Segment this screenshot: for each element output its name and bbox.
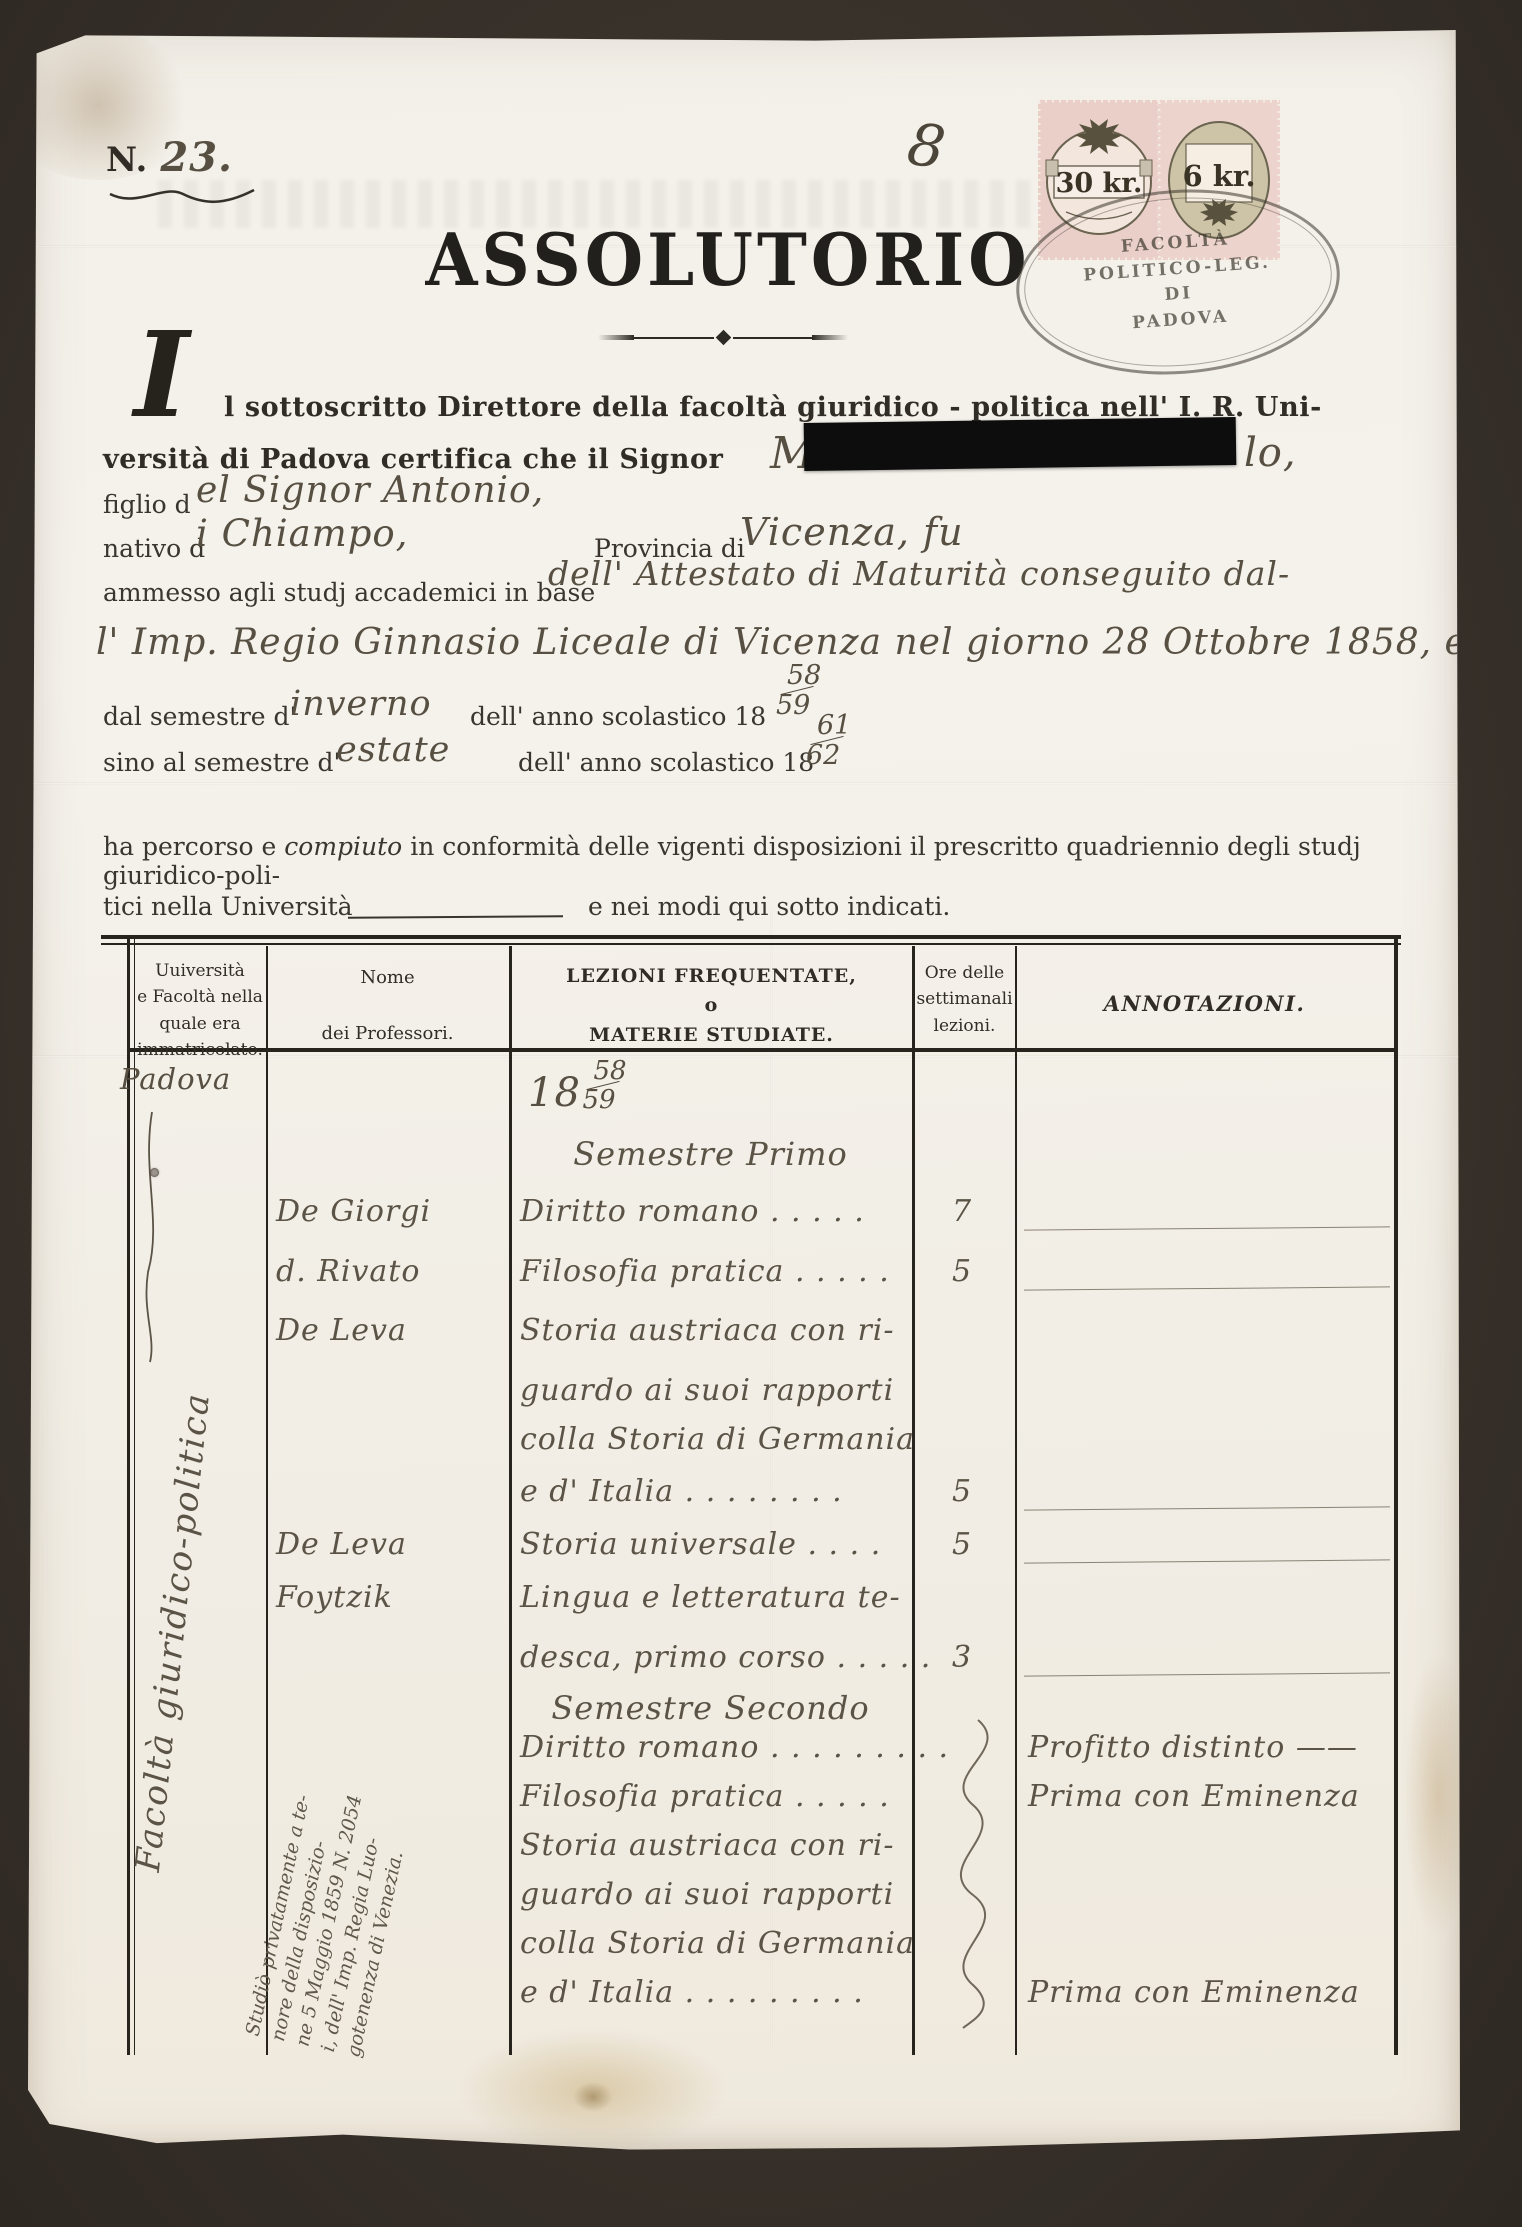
- hours-value: 3: [914, 1640, 1010, 1675]
- annotation-dash: [1024, 1286, 1390, 1290]
- stain: [573, 2082, 613, 2112]
- subject-entry: Filosofia pratica . . . . .: [520, 1254, 890, 1289]
- cancel-stamp-line: FACOLTÀ: [1120, 227, 1231, 260]
- subject-entry: Storia austriaca con ri-: [520, 1828, 895, 1863]
- semester-end-handwritten: estate: [336, 730, 450, 770]
- document-number-label: N.: [106, 140, 148, 180]
- subject-entry: colla Storia di Germania: [520, 1422, 915, 1457]
- percorso-italic-word: compiuto: [284, 832, 402, 861]
- ammesso-label: ammesso agli studj accademici in base: [103, 578, 595, 607]
- table-year-bottom: 59: [582, 1087, 616, 1113]
- table-header-hours: Ore delle settimanali lezioni.: [914, 960, 1015, 1039]
- year-start-top: 58: [787, 662, 821, 689]
- annotation-dash: [1024, 1559, 1390, 1563]
- document-paper: N. 23. 8 ASSOLUTORIO 30 kr. 6 kr. FACOL: [28, 30, 1460, 2158]
- table-top-border-inner: [101, 943, 1401, 945]
- professor-name: Foytzik: [276, 1580, 393, 1615]
- subject-entry: e d' Italia . . . . . . . .: [520, 1474, 843, 1509]
- page-title: ASSOLUTORIO: [328, 217, 1128, 302]
- subject-entry: Diritto romano . . . . .: [520, 1194, 865, 1229]
- subject-entry: Semestre Primo: [509, 1135, 912, 1173]
- flourish-under-university: [140, 1112, 164, 1362]
- semester-start-handwritten: inverno: [290, 684, 432, 724]
- pen-mark: 8: [903, 110, 950, 183]
- table-right-border: [1394, 935, 1398, 2055]
- document-number-value: 23.: [160, 134, 233, 181]
- subject-entry: desca, primo corso . . . . .: [520, 1640, 931, 1675]
- subject-entry: guardo ai suoi rapporti: [520, 1373, 894, 1408]
- subject-entry: Lingua e letteratura te-: [520, 1580, 901, 1615]
- stain: [1403, 1650, 1473, 1940]
- subject-entry: Semestre Secondo: [509, 1689, 912, 1727]
- subject-entry: guardo ai suoi rapporti: [520, 1877, 894, 1912]
- year-end-top: 61: [817, 712, 851, 739]
- subject-entry: Filosofia pratica . . . . .: [520, 1779, 890, 1814]
- percorso-pre: ha percorso e: [103, 832, 284, 861]
- stamp-value-left: 30 kr.: [1056, 168, 1143, 199]
- professor-name: d. Rivato: [276, 1254, 420, 1289]
- table-header-lessons: LEZIONI FREQUENTATE, o MATERIE STUDIATE.: [511, 962, 912, 1050]
- table-column-divider-2: [509, 946, 512, 2055]
- blank-rule: [348, 915, 563, 919]
- year-fraction-end: 61 62: [810, 712, 844, 769]
- professor-name: De Leva: [276, 1313, 407, 1348]
- annotation-entry: Profitto distinto ——: [1028, 1730, 1358, 1765]
- dal-anno-label: dell' anno scolastico 18: [470, 702, 766, 731]
- table-top-border: [101, 935, 1401, 939]
- document-number: N. 23.: [106, 134, 233, 181]
- birthplace-handwritten: i Chiampo,: [196, 512, 408, 555]
- province-handwritten: Vicenza, fu: [740, 510, 964, 554]
- stamp-value-right: 6 kr.: [1182, 159, 1255, 193]
- subject-entry: Diritto romano . . . . . . . . .: [520, 1730, 949, 1765]
- admission-basis-handwritten: dell' Attestato di Maturità conseguito d…: [548, 554, 1290, 593]
- year-prefix-handwritten: 18: [528, 1070, 581, 1116]
- annotation-dash: [1024, 1506, 1390, 1510]
- table-header-annotations: ANNOTAZIONI.: [1015, 988, 1394, 1021]
- annotation-dash: [1024, 1672, 1390, 1676]
- year-start-bottom: 59: [776, 692, 810, 719]
- professor-name: De Leva: [276, 1527, 407, 1562]
- year-end-bottom: 62: [806, 742, 840, 769]
- table-column-divider-1: [266, 946, 268, 2055]
- redaction-bar: [804, 417, 1237, 471]
- table-column-divider-4: [1015, 946, 1017, 2055]
- flourish-under-number: [108, 182, 258, 208]
- nativo-label: nativo d: [103, 534, 205, 563]
- annotation-entry: Prima con Eminenza: [1028, 1779, 1360, 1814]
- cancel-stamp-line: PADOVA: [1131, 304, 1230, 336]
- professor-name: De Giorgi: [276, 1194, 431, 1229]
- photo-of-document: { "header": { "doc_number_label": "N.", …: [0, 0, 1522, 2227]
- ornamental-initial: I: [134, 322, 190, 428]
- table-header-university: Uuiversità e Facoltà nella quale era imm…: [134, 958, 266, 1063]
- cancel-stamp-line: DI: [1164, 281, 1194, 308]
- student-name-fragment-end: lo,: [1244, 430, 1297, 476]
- figlio-label: figlio d: [103, 490, 191, 519]
- subject-entry: colla Storia di Germania: [520, 1926, 915, 1961]
- university-value: Padova: [120, 1062, 231, 1096]
- subject-entry: Storia austriaca con ri-: [520, 1313, 895, 1348]
- faculty-rotated-text: Facoltà giuridico-politica: [114, 1262, 231, 2002]
- title-divider-ornament: [598, 332, 848, 343]
- table-header-professors: Nome dei Professori.: [266, 964, 509, 1048]
- sino-semestre-label: sino al semestre d': [103, 748, 340, 777]
- subject-entry: Storia universale . . . .: [520, 1527, 881, 1562]
- cancel-stamp-line: POLITICO-LEG.: [1083, 250, 1272, 289]
- annotation-entry: Prima con Eminenza: [1028, 1975, 1360, 2010]
- margin-note-rotated: Studiò privatamente a te-nore della disp…: [241, 1612, 456, 2059]
- tici-line-post: e nei modi qui sotto indicati.: [588, 892, 950, 921]
- table-year-top: 58: [593, 1058, 627, 1084]
- annotation-dash: [1024, 1226, 1390, 1230]
- stain: [458, 2030, 728, 2150]
- subject-entry: e d' Italia . . . . . . . . .: [520, 1975, 864, 2010]
- fold-crease: [28, 782, 1460, 785]
- sino-anno-label: dell' anno scolastico 18: [518, 748, 814, 777]
- father-name-handwritten: el Signor Antonio,: [196, 470, 544, 511]
- percorso-line: ha percorso e compiuto in conformità del…: [103, 832, 1423, 890]
- dal-semestre-label: dal semestre d': [103, 702, 296, 731]
- gymnasium-line-handwritten: l' Imp. Regio Ginnasio Liceale di Vicenz…: [96, 622, 1522, 663]
- hours-value: 7: [914, 1194, 1010, 1229]
- hours-value: 5: [914, 1474, 1010, 1509]
- hours-brace-squiggle: [918, 1720, 1013, 2030]
- year-fraction-start: 58 59: [780, 662, 814, 719]
- hours-value: 5: [914, 1527, 1010, 1562]
- hours-value: 5: [914, 1254, 1010, 1289]
- tici-line-pre: tici nella Università: [103, 892, 353, 921]
- table-year-fraction: 58 59: [586, 1058, 620, 1113]
